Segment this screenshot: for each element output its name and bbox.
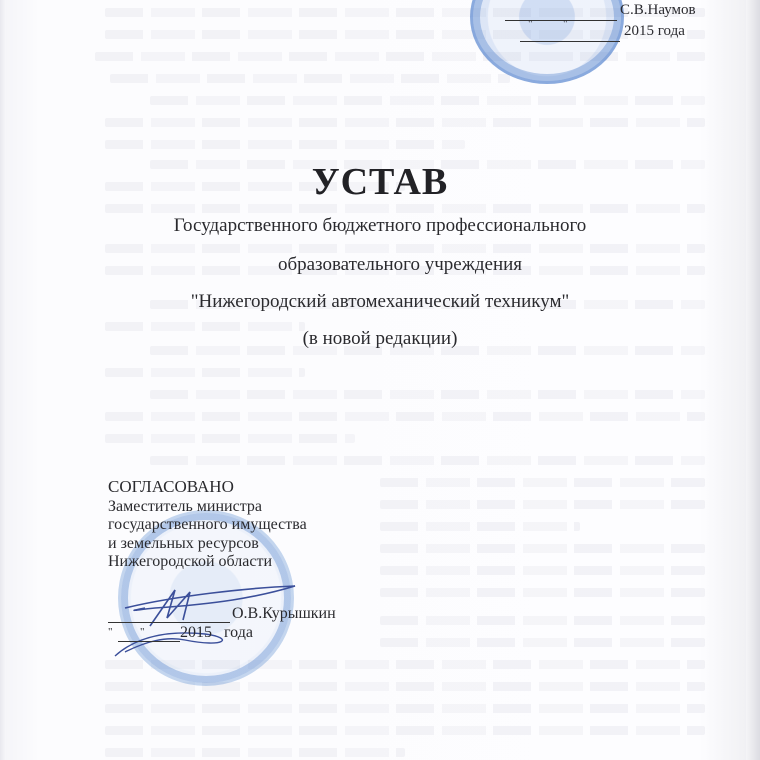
agreement-block: СОГЛАСОВАНО Заместитель министра государ… — [108, 478, 307, 572]
agreement-year: 2015 — [180, 624, 212, 641]
agreement-date: 2015 года — [180, 624, 253, 642]
approver-name: С.В.Наумов — [620, 2, 696, 19]
date-line — [118, 641, 180, 642]
position-line: государственного имущества — [108, 516, 307, 535]
scan-left-edge — [0, 0, 6, 760]
agreeing-official-name: О.В.Курышкин — [232, 605, 336, 623]
institution-name: "Нижегородский автомеханический техникум… — [0, 291, 760, 313]
date-line — [520, 41, 620, 42]
agreement-year-suffix: года — [224, 624, 253, 641]
agreement-label: СОГЛАСОВАНО — [108, 478, 307, 497]
scan-right-edge — [746, 0, 760, 760]
date-quote-close: " — [563, 18, 568, 30]
date-quote-open: " — [528, 18, 533, 30]
subtitle-line-1: Государственного бюджетного профессионал… — [0, 215, 760, 237]
edition-note: (в новой редакции) — [0, 328, 760, 350]
signature-line — [108, 622, 230, 623]
document-title: УСТАВ — [0, 160, 760, 204]
date-quote-open: " — [108, 626, 113, 638]
position-line: и земельных ресурсов — [108, 535, 307, 554]
position-line: Заместитель министра — [108, 498, 307, 517]
date-quote-close: " — [140, 626, 145, 638]
position-line: Нижегородской области — [108, 553, 307, 572]
approval-date: 2015 года — [624, 23, 685, 40]
subtitle-line-2: образовательного учреждения — [0, 254, 760, 276]
signature-line — [505, 20, 617, 21]
